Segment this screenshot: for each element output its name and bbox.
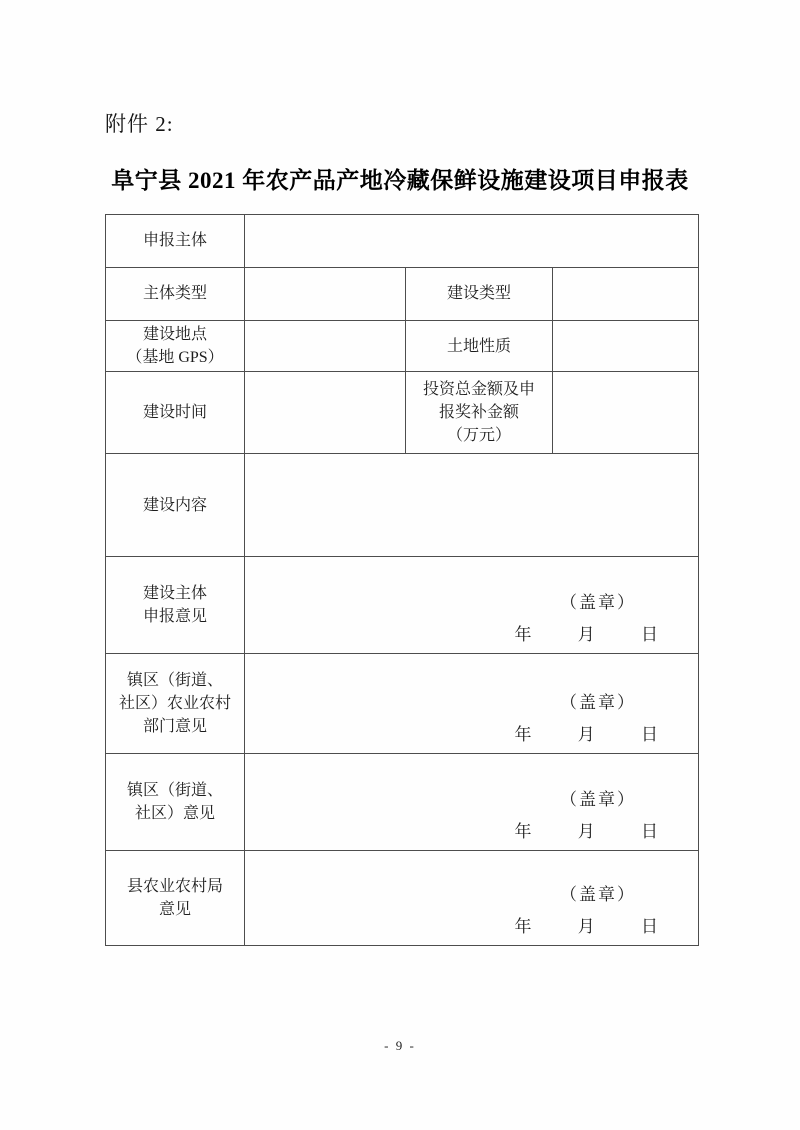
row-construction-content: 建设内容 <box>106 454 699 557</box>
day-label: 日 <box>641 822 658 841</box>
land-nature-input-cell <box>553 321 699 372</box>
county-bureau-opinion-stamp-cell: （盖章） 年 月 日 <box>245 851 699 946</box>
row-construction-time: 建设时间 投资总金额及申 报奖补金额 （万元） <box>106 372 699 454</box>
date-line: 年 月 日 <box>245 620 698 645</box>
month-label: 月 <box>578 917 595 936</box>
seal-label: （盖章） <box>245 880 698 905</box>
year-label: 年 <box>515 917 532 936</box>
page-title: 阜宁县 2021 年农产品产地冷藏保鲜设施建设项目申报表 <box>0 162 800 195</box>
construction-time-label: 建设时间 <box>106 372 245 454</box>
construction-content-input-cell <box>245 454 699 557</box>
row-county-bureau-opinion: 县农业农村局 意见 （盖章） 年 月 日 <box>106 851 699 946</box>
entity-type-label: 主体类型 <box>106 268 245 321</box>
construction-time-input-cell <box>245 372 406 454</box>
document-page: 附件 2: 阜宁县 2021 年农产品产地冷藏保鲜设施建设项目申报表 申报主体 … <box>0 0 800 1130</box>
application-form-table: 申报主体 主体类型 建设类型 建设地点 （基地 GPS） 土地性质 建设时间 投… <box>105 214 699 946</box>
location-input-cell <box>245 321 406 372</box>
applicant-input-cell <box>245 215 699 268</box>
day-label: 日 <box>641 625 658 644</box>
date-line: 年 月 日 <box>245 817 698 842</box>
town-opinion-stamp-cell: （盖章） 年 月 日 <box>245 754 699 851</box>
month-label: 月 <box>578 822 595 841</box>
row-entity-type: 主体类型 建设类型 <box>106 268 699 321</box>
applicant-opinion-label: 建设主体 申报意见 <box>106 557 245 654</box>
year-label: 年 <box>515 625 532 644</box>
seal-label: （盖章） <box>245 688 698 713</box>
row-town-opinion: 镇区（街道、 社区）意见 （盖章） 年 月 日 <box>106 754 699 851</box>
entity-type-input-cell <box>245 268 406 321</box>
date-line: 年 月 日 <box>245 720 698 745</box>
page-number: - 9 - <box>0 1038 800 1054</box>
day-label: 日 <box>641 917 658 936</box>
construction-content-label: 建设内容 <box>106 454 245 557</box>
town-agri-dept-opinion-stamp-cell: （盖章） 年 月 日 <box>245 654 699 754</box>
seal-label: （盖章） <box>245 785 698 810</box>
seal-label: （盖章） <box>245 588 698 613</box>
row-location: 建设地点 （基地 GPS） 土地性质 <box>106 321 699 372</box>
day-label: 日 <box>641 725 658 744</box>
row-applicant: 申报主体 <box>106 215 699 268</box>
attachment-label: 附件 2: <box>105 108 174 138</box>
year-label: 年 <box>515 822 532 841</box>
investment-input-cell <box>553 372 699 454</box>
year-label: 年 <box>515 725 532 744</box>
row-applicant-opinion: 建设主体 申报意见 （盖章） 年 月 日 <box>106 557 699 654</box>
town-opinion-label: 镇区（街道、 社区）意见 <box>106 754 245 851</box>
town-agri-dept-opinion-label: 镇区（街道、 社区）农业农村 部门意见 <box>106 654 245 754</box>
row-town-agri-dept-opinion: 镇区（街道、 社区）农业农村 部门意见 （盖章） 年 月 日 <box>106 654 699 754</box>
construction-type-label: 建设类型 <box>406 268 553 321</box>
applicant-opinion-stamp-cell: （盖章） 年 月 日 <box>245 557 699 654</box>
construction-type-input-cell <box>553 268 699 321</box>
land-nature-label: 土地性质 <box>406 321 553 372</box>
applicant-label: 申报主体 <box>106 215 245 268</box>
location-label: 建设地点 （基地 GPS） <box>106 321 245 372</box>
month-label: 月 <box>578 725 595 744</box>
investment-label: 投资总金额及申 报奖补金额 （万元） <box>406 372 553 454</box>
county-bureau-opinion-label: 县农业农村局 意见 <box>106 851 245 946</box>
month-label: 月 <box>578 625 595 644</box>
date-line: 年 月 日 <box>245 912 698 937</box>
